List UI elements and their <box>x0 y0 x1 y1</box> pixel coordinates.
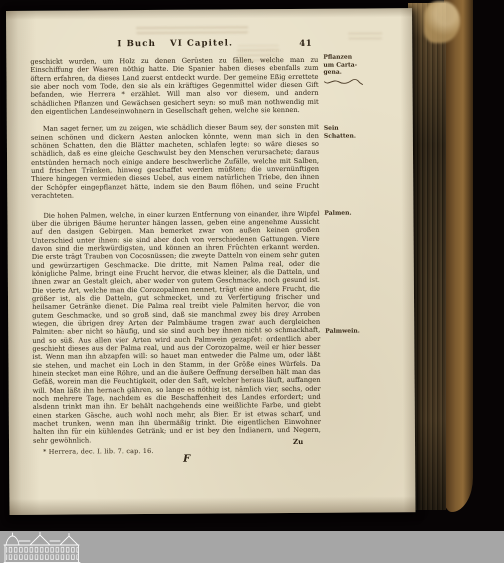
flourish-squiggle <box>323 77 363 86</box>
running-head: I Buch VI Capitel. <box>30 38 320 50</box>
running-head-section: I Buch <box>117 39 156 49</box>
book-cover-edge <box>444 0 473 512</box>
book-page: I Buch VI Capitel. 41 geschickt wurden, … <box>6 8 416 515</box>
show-through-smudge <box>136 25 248 34</box>
margin-note-palmwein: Palmwein. <box>325 327 373 335</box>
paragraph: Die hohen Palmen, welche, in einer kurze… <box>31 209 321 445</box>
margin-note-palmen: Palmen. <box>324 209 372 217</box>
scanned-book-photo: I Buch VI Capitel. 41 geschickt wurden, … <box>0 0 504 563</box>
signature-mark: F <box>183 454 190 465</box>
paragraph: Man saget ferner, um zu zeigen, wie schä… <box>31 123 320 200</box>
paragraph: geschickt wurden, um Holz zu denen Gerüs… <box>30 56 318 116</box>
page-number: 41 <box>299 39 312 49</box>
watermark-bar <box>0 531 504 563</box>
main-text-column: geschickt wurden, um Holz zu denen Gerüs… <box>30 56 321 445</box>
margin-note-schatten: Sein Schatten. <box>324 124 372 139</box>
library-building-icon <box>3 532 81 563</box>
footnote: * Herrera, dec. I. lib. 7. cap. 16. <box>43 447 154 456</box>
catchword: Zu <box>293 437 303 446</box>
show-through-smudge <box>348 30 382 39</box>
margin-note-pflanzen: Pflanzen um Carta- gena. <box>323 53 371 86</box>
running-head-chapter: VI Capitel. <box>170 38 233 48</box>
